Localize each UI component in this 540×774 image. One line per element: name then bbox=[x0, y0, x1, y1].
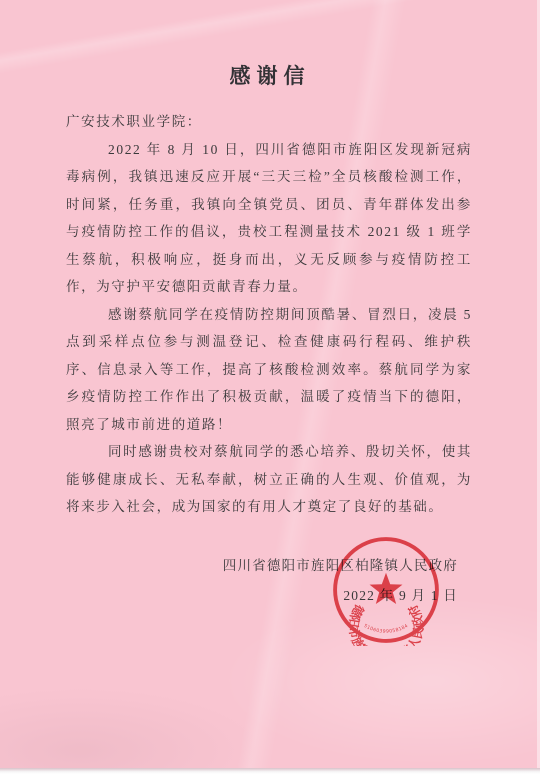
paragraph-1: 2022 年 8 月 10 日，四川省德阳市旌阳区发现新冠病毒病例，我镇迅速反应… bbox=[66, 136, 472, 301]
stamp-code: 51060399058184 bbox=[363, 623, 410, 635]
signoff-block: 四川省德阳市旌阳区柏隆镇人民政府 2022 年 9 月 1 日 bbox=[0, 551, 540, 611]
stamp-code-holder: 51060399058184 bbox=[363, 623, 410, 635]
signature-line: 四川省德阳市旌阳区柏隆镇人民政府 bbox=[0, 551, 458, 581]
date-line: 2022 年 9 月 1 日 bbox=[0, 581, 458, 611]
salutation: 广安技术职业学院： bbox=[66, 108, 472, 136]
scan-edge-bottom bbox=[0, 768, 540, 774]
paragraph-3: 同时感谢贵校对蔡航同学的悉心培养、殷切关怀，使其能够健康成长、无私奉献，树立正确… bbox=[66, 438, 472, 521]
letter-title: 感谢信 bbox=[0, 0, 540, 90]
paragraph-2: 感谢蔡航同学在疫情防控期间顶酷暑、冒烈日，凌晨 5 点到采样点位参与测温登记、检… bbox=[66, 301, 472, 439]
letter-body: 广安技术职业学院： 2022 年 8 月 10 日，四川省德阳市旌阳区发现新冠病… bbox=[66, 108, 472, 521]
letter-page: 感谢信 广安技术职业学院： 2022 年 8 月 10 日，四川省德阳市旌阳区发… bbox=[0, 0, 540, 774]
